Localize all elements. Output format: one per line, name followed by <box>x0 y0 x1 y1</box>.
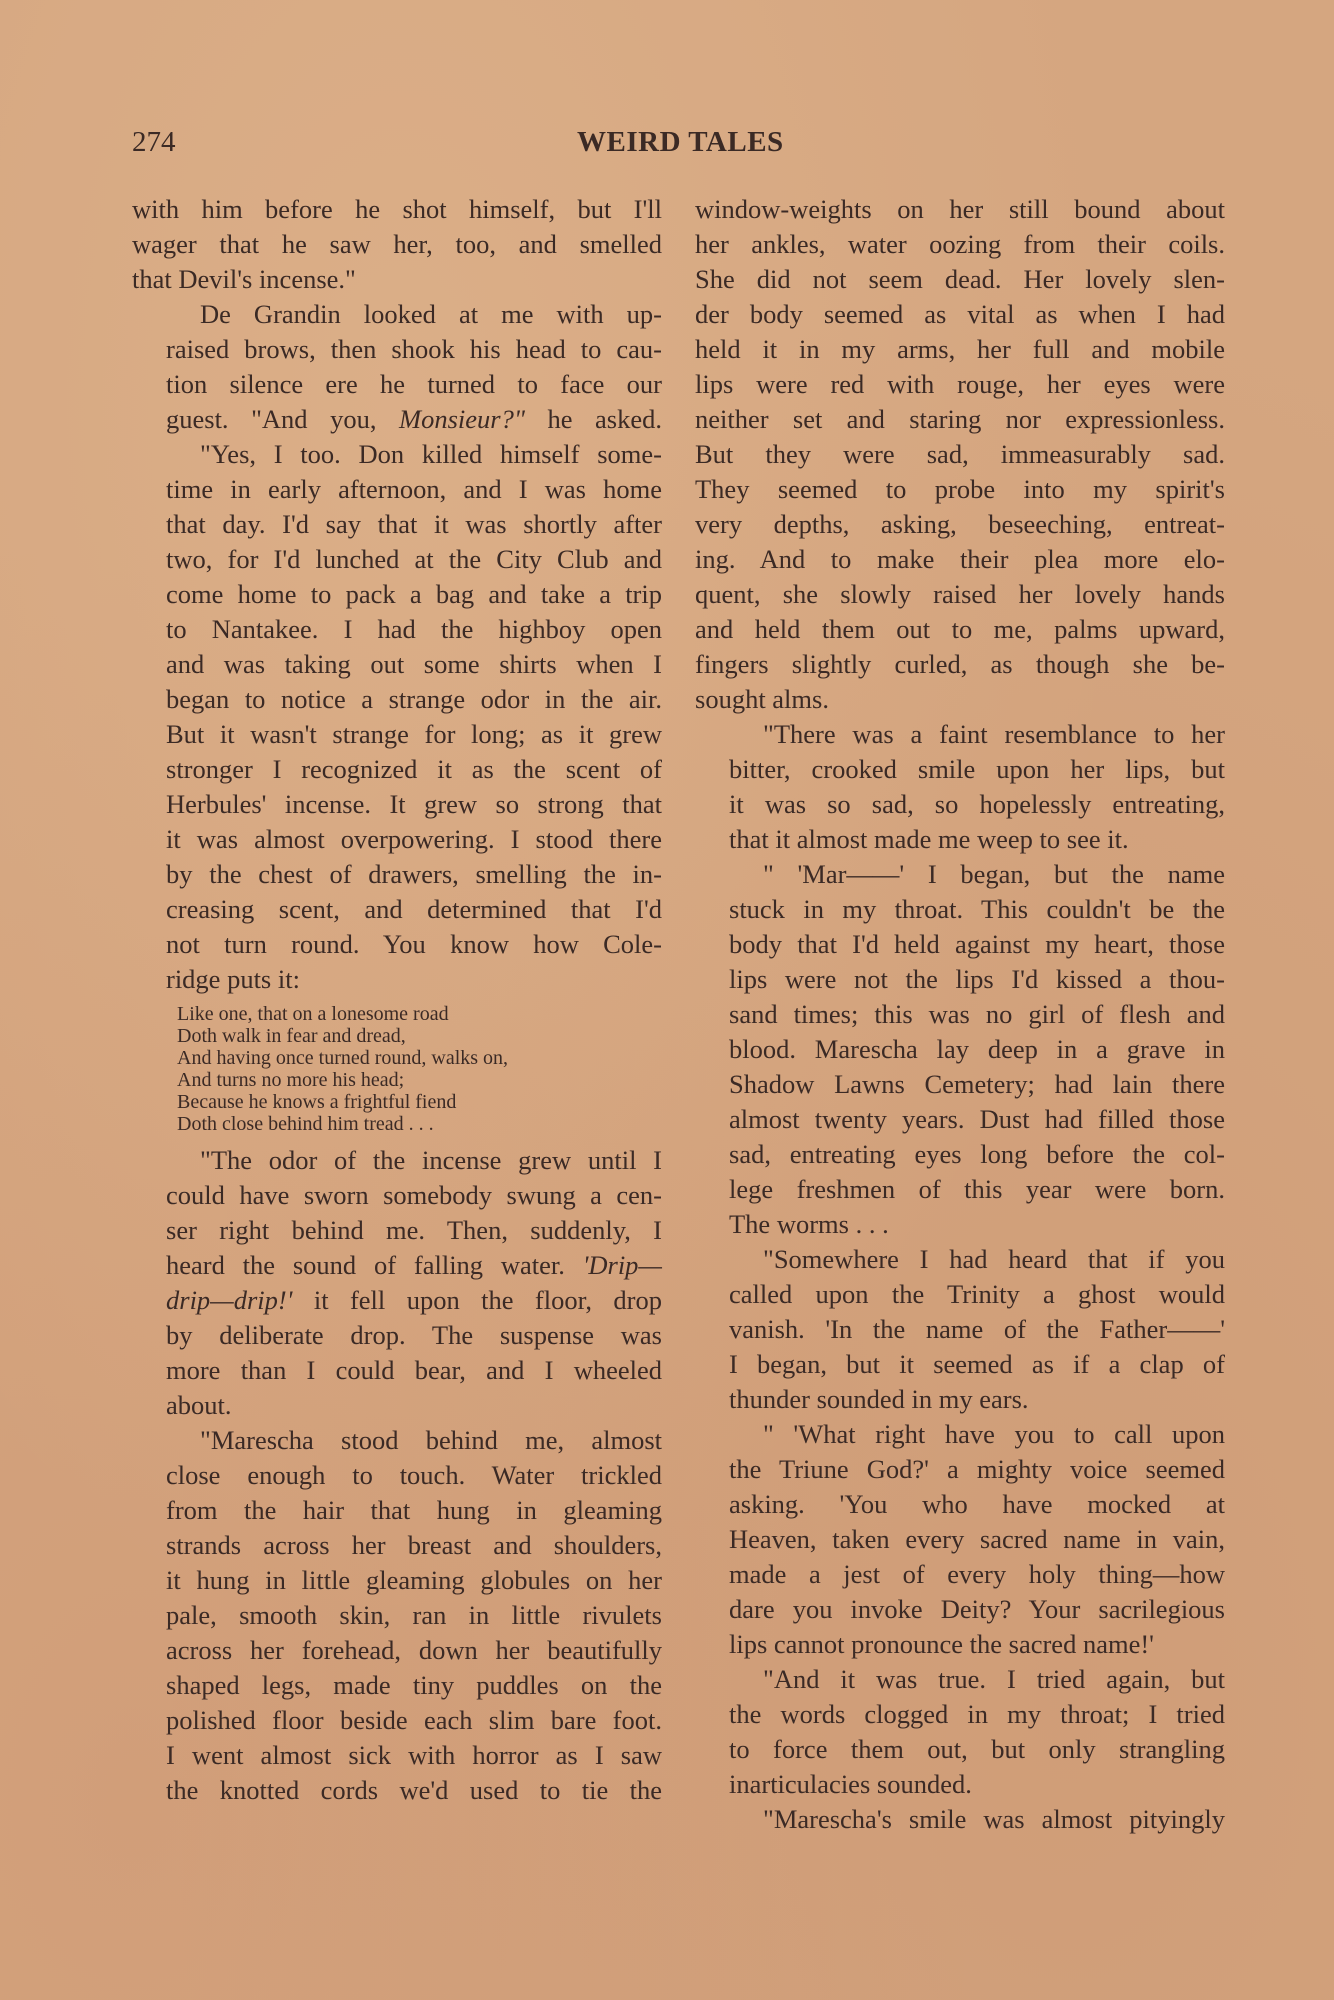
text-line: it was so sad, so hopelessly entreating, <box>695 787 1225 822</box>
text-line: " 'What right have you to call upon <box>695 1417 1225 1452</box>
text-line: blood. Marescha lay deep in a grave in <box>695 1032 1225 1067</box>
italic-text: Monsieur?" <box>399 404 525 434</box>
paragraph: "Yes, I too. Don killed himself some- ti… <box>132 437 662 997</box>
text-line: the Triune God?' a mighty voice seemed <box>695 1452 1225 1487</box>
text-line: The worms . . . <box>695 1207 1225 1242</box>
text-line: that day. I'd say that it was shortly af… <box>132 507 662 542</box>
text-line: "Marescha's smile was almost pityingly <box>695 1802 1225 1837</box>
text-line: stronger I recognized it as the scent of <box>132 752 662 787</box>
text-line: neither set and staring nor expressionle… <box>695 402 1225 437</box>
text-line: almost twenty years. Dust had filled tho… <box>695 1102 1225 1137</box>
italic-text: drip—drip!' <box>166 1285 292 1315</box>
text-line: lege freshmen of this year were born. <box>695 1172 1225 1207</box>
text-line: from the hair that hung in gleaming <box>132 1493 662 1528</box>
text-line: window-weights on her still bound about <box>695 192 1225 227</box>
journal-title: WEIRD TALES <box>577 122 784 162</box>
italic-text: 'Drip— <box>583 1250 662 1280</box>
text-line: by the chest of drawers, smelling the in… <box>132 857 662 892</box>
text-line: She did not seem dead. Her lovely slen- <box>695 262 1225 297</box>
text-line: tion silence ere he turned to face our <box>132 367 662 402</box>
text-line: lips were red with rouge, her eyes were <box>695 367 1225 402</box>
text-line: But they were sad, immeasurably sad. <box>695 437 1225 472</box>
poem-line: And having once turned round, walks on, <box>177 1047 662 1069</box>
text-line: polished floor beside each slim bare foo… <box>132 1703 662 1738</box>
text-line: De Grandin looked at me with up- <box>132 297 662 332</box>
text-line: pale, smooth skin, ran in little rivulet… <box>132 1598 662 1633</box>
running-head: 274 WEIRD TALES <box>132 122 1227 162</box>
text-line: dare you invoke Deity? Your sacrilegious <box>695 1592 1225 1627</box>
paragraph: with him before he shot himself, but I'l… <box>132 192 662 297</box>
text-line: inarticulacies sounded. <box>695 1767 1225 1802</box>
text-line: der body seemed as vital as when I had <box>695 297 1225 332</box>
page-number: 274 <box>132 122 176 162</box>
text-line: But it wasn't strange for long; as it gr… <box>132 717 662 752</box>
text-line: strands across her breast and shoulders, <box>132 1528 662 1563</box>
text-fragment: heard the sound of falling water. <box>166 1250 583 1280</box>
text-line: ridge puts it: <box>132 962 662 997</box>
text-line: creasing scent, and determined that I'd <box>132 892 662 927</box>
text-line: drip—drip!' it fell upon the floor, drop <box>132 1283 662 1318</box>
text-line: quent, she slowly raised her lovely hand… <box>695 577 1225 612</box>
text-line: very depths, asking, beseeching, entreat… <box>695 507 1225 542</box>
paragraph: "And it was true. I tried again, but the… <box>695 1662 1225 1802</box>
text-line: held it in my arms, her full and mobile <box>695 332 1225 367</box>
right-column: window-weights on her still bound about … <box>695 192 1225 1837</box>
text-line: could have sworn somebody swung a cen- <box>132 1178 662 1213</box>
poem-line: Doth walk in fear and dread, <box>177 1025 662 1047</box>
text-line: I went almost sick with horror as I saw <box>132 1738 662 1773</box>
text-line: Herbules' incense. It grew so strong tha… <box>132 787 662 822</box>
text-line: sand times; this was no girl of flesh an… <box>695 997 1225 1032</box>
left-column: with him before he shot himself, but I'l… <box>132 192 662 1808</box>
text-line: not turn round. You know how Cole- <box>132 927 662 962</box>
text-line: it was almost overpowering. I stood ther… <box>132 822 662 857</box>
poem-line: And turns no more his head; <box>177 1069 662 1091</box>
paragraph: "Marescha's smile was almost pityingly <box>695 1802 1225 1837</box>
text-line: vanish. 'In the name of the Father——' <box>695 1312 1225 1347</box>
text-line: and was taking out some shirts when I <box>132 647 662 682</box>
text-line: "The odor of the incense grew until I <box>132 1143 662 1178</box>
text-line: by deliberate drop. The suspense was <box>132 1318 662 1353</box>
text-line: "Marescha stood behind me, almost <box>132 1423 662 1458</box>
text-line: lips cannot pronounce the sacred name!' <box>695 1627 1225 1662</box>
text-line: Shadow Lawns Cemetery; had lain there <box>695 1067 1225 1102</box>
text-line: it hung in little gleaming globules on h… <box>132 1563 662 1598</box>
paragraph: window-weights on her still bound about … <box>695 192 1225 717</box>
paragraph: De Grandin looked at me with up- raised … <box>132 297 662 437</box>
text-line: close enough to touch. Water trickled <box>132 1458 662 1493</box>
text-line: They seemed to probe into my spirit's <box>695 472 1225 507</box>
text-line: stuck in my throat. This couldn't be the <box>695 892 1225 927</box>
text-line: I began, but it seemed as if a clap of <box>695 1347 1225 1382</box>
text-line: bitter, crooked smile upon her lips, but <box>695 752 1225 787</box>
magazine-page: 274 WEIRD TALES with him before he shot … <box>0 0 1334 2000</box>
text-line: "There was a faint resemblance to her <box>695 717 1225 752</box>
text-line: ser right behind me. Then, suddenly, I <box>132 1213 662 1248</box>
text-line: Heaven, taken every sacred name in vain, <box>695 1522 1225 1557</box>
text-fragment: it fell upon the floor, drop <box>292 1285 662 1315</box>
paragraph: "The odor of the incense grew until I co… <box>132 1143 662 1423</box>
paragraph: "Marescha stood behind me, almost close … <box>132 1423 662 1808</box>
text-line: "And it was true. I tried again, but <box>695 1662 1225 1697</box>
poem-line: Doth close behind him tread . . . <box>177 1113 662 1135</box>
text-line: body that I'd held against my heart, tho… <box>695 927 1225 962</box>
text-line: sad, entreating eyes long before the col… <box>695 1137 1225 1172</box>
paragraph: "There was a faint resemblance to her bi… <box>695 717 1225 857</box>
text-line: about. <box>132 1388 662 1423</box>
poem-line: Like one, that on a lonesome road <box>177 1003 662 1025</box>
text-line: to Nantakee. I had the highboy open <box>132 612 662 647</box>
text-line: "Yes, I too. Don killed himself some- <box>132 437 662 472</box>
text-line: and held them out to me, palms upward, <box>695 612 1225 647</box>
text-line: heard the sound of falling water. 'Drip— <box>132 1248 662 1283</box>
text-line: asking. 'You who have mocked at <box>695 1487 1225 1522</box>
text-line: guest. "And you, Monsieur?" he asked. <box>132 402 662 437</box>
text-line: the knotted cords we'd used to tie the <box>132 1773 662 1808</box>
paragraph: "Somewhere I had heard that if you calle… <box>695 1242 1225 1417</box>
text-line: fingers slightly curled, as though she b… <box>695 647 1225 682</box>
text-line: that it almost made me weep to see it. <box>695 822 1225 857</box>
text-line: that Devil's incense." <box>132 262 662 297</box>
poem-line: Because he knows a frightful fiend <box>177 1091 662 1113</box>
text-line: "Somewhere I had heard that if you <box>695 1242 1225 1277</box>
text-line: made a jest of every holy thing—how <box>695 1557 1225 1592</box>
paragraph: " 'Mar——' I began, but the name stuck in… <box>695 857 1225 1242</box>
text-line: shaped legs, made tiny puddles on the <box>132 1668 662 1703</box>
text-line: with him before he shot himself, but I'l… <box>132 192 662 227</box>
text-line: sought alms. <box>695 682 1225 717</box>
text-line: more than I could bear, and I wheeled <box>132 1353 662 1388</box>
paragraph: " 'What right have you to call upon the … <box>695 1417 1225 1662</box>
text-line: began to notice a strange odor in the ai… <box>132 682 662 717</box>
text-line: wager that he saw her, too, and smelled <box>132 227 662 262</box>
text-line: come home to pack a bag and take a trip <box>132 577 662 612</box>
text-line: " 'Mar——' I began, but the name <box>695 857 1225 892</box>
text-line: called upon the Trinity a ghost would <box>695 1277 1225 1312</box>
text-line: ing. And to make their plea more elo- <box>695 542 1225 577</box>
text-line: to force them out, but only strangling <box>695 1732 1225 1767</box>
poem-quote: Like one, that on a lonesome road Doth w… <box>177 1003 662 1135</box>
text-fragment: guest. "And you, <box>166 404 399 434</box>
text-fragment: he asked. <box>525 404 662 434</box>
text-line: time in early afternoon, and I was home <box>132 472 662 507</box>
text-line: across her forehead, down her beautifull… <box>132 1633 662 1668</box>
text-line: raised brows, then shook his head to cau… <box>132 332 662 367</box>
text-line: lips were not the lips I'd kissed a thou… <box>695 962 1225 997</box>
text-line: two, for I'd lunched at the City Club an… <box>132 542 662 577</box>
text-line: thunder sounded in my ears. <box>695 1382 1225 1417</box>
text-line: her ankles, water oozing from their coil… <box>695 227 1225 262</box>
text-line: the words clogged in my throat; I tried <box>695 1697 1225 1732</box>
